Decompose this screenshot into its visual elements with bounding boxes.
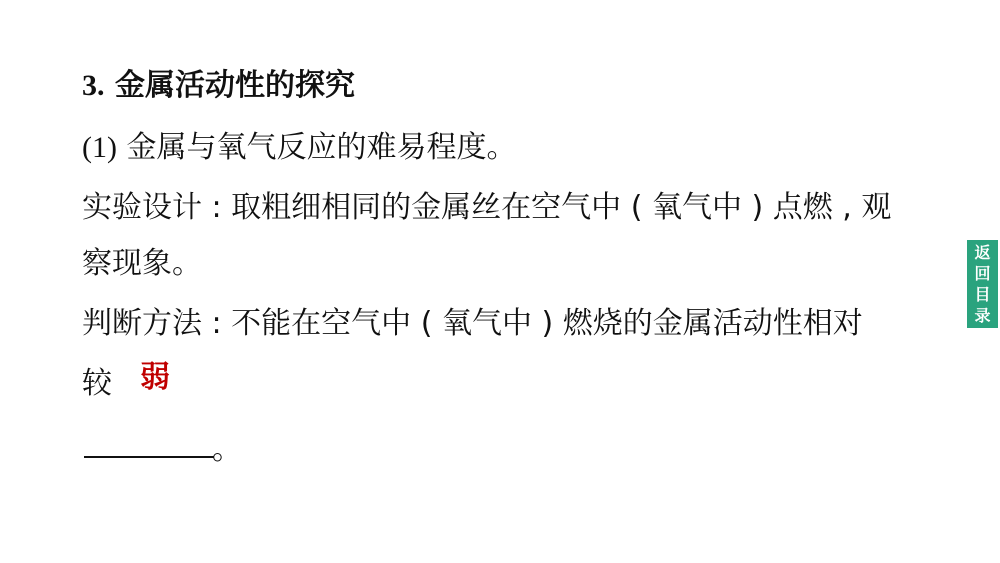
section-title: 3. 金属活动性的探究: [82, 66, 355, 106]
section-number: 3.: [82, 69, 105, 102]
blank-period: 。: [212, 430, 242, 470]
back-button-char-2: 回: [974, 263, 990, 284]
item-1-number: (1): [82, 131, 117, 164]
back-button-char-1: 返: [974, 242, 990, 263]
answer-blank-underline: [84, 456, 214, 458]
item-1-text: 金属与氧气反应的难易程度。: [127, 130, 517, 165]
item-1: (1) 金属与氧气反应的难易程度。: [82, 128, 517, 168]
back-to-contents-button[interactable]: 返 回 目 录: [967, 240, 998, 328]
section-title-text: 金属活动性的探究: [115, 68, 355, 103]
back-button-char-4: 录: [974, 305, 990, 326]
method-line-2-prefix: 较: [82, 364, 112, 404]
back-button-char-3: 目: [974, 284, 990, 305]
answer-text: 弱: [140, 358, 170, 398]
method-line-1: 判断方法 : 不能在空气中 ( 氧气中 ) 燃烧的金属活动性相对: [82, 304, 863, 344]
design-line-2: 察现象。: [82, 244, 202, 284]
design-line-1: 实验设计 : 取粗细相同的金属丝在空气中 ( 氧气中 ) 点燃 , 观: [82, 188, 891, 228]
